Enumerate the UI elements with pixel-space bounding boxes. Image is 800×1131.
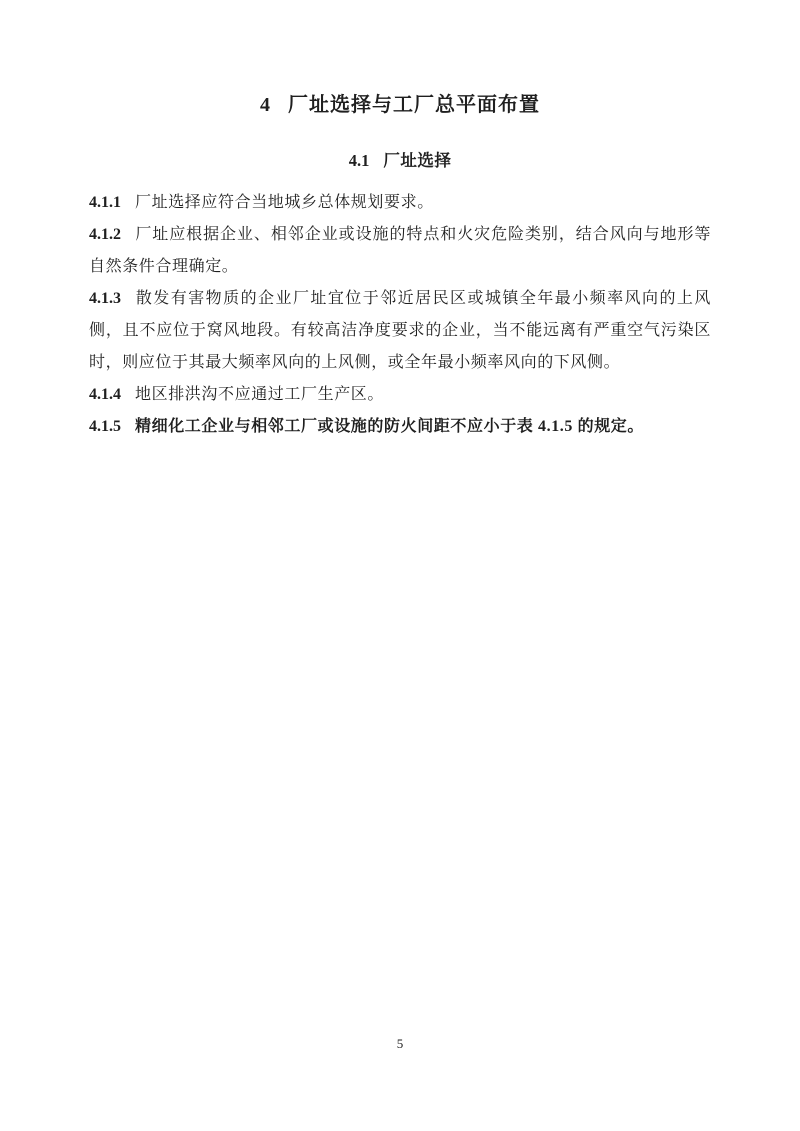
clause-number: 4.1.3: [89, 290, 121, 307]
clause-paragraph: 4.1.1厂址选择应符合当地城乡总体规划要求。: [89, 187, 711, 219]
page-number: 5: [397, 1036, 404, 1051]
clause-text: 厂址应根据企业、相邻企业或设施的特点和火灾危险类别，结合风向与地形等自然条件合理…: [89, 226, 711, 275]
clause-text: 地区排洪沟不应通过工厂生产区。: [135, 386, 384, 403]
clause-paragraph: 4.1.2厂址应根据企业、相邻企业或设施的特点和火灾危险类别，结合风向与地形等自…: [89, 219, 711, 283]
chapter-title-text: 厂址选择与工厂总平面布置: [288, 94, 540, 116]
clause-number: 4.1.4: [89, 386, 121, 403]
page-footer: 5: [0, 1036, 800, 1052]
chapter-number: 4: [260, 94, 270, 116]
section-title-text: 厂址选择: [383, 151, 451, 170]
chapter-title: 4厂址选择与工厂总平面布置: [89, 93, 711, 117]
section-title: 4.1厂址选择: [89, 151, 711, 171]
document-page: 4厂址选择与工厂总平面布置 4.1厂址选择 4.1.1厂址选择应符合当地城乡总体…: [0, 0, 800, 1131]
clause-text: 精细化工企业与相邻工厂或设施的防火间距不应小于表 4.1.5 的规定。: [135, 418, 644, 435]
clause-number: 4.1.2: [89, 226, 121, 243]
section-number: 4.1: [349, 151, 370, 170]
clause-paragraph: 4.1.3散发有害物质的企业厂址宜位于邻近居民区或城镇全年最小频率风向的上风侧，…: [89, 283, 711, 379]
clause-list: 4.1.1厂址选择应符合当地城乡总体规划要求。 4.1.2厂址应根据企业、相邻企…: [89, 187, 711, 443]
clause-text: 厂址选择应符合当地城乡总体规划要求。: [135, 194, 434, 211]
clause-number: 4.1.5: [89, 418, 121, 435]
clause-number: 4.1.1: [89, 194, 121, 211]
clause-paragraph: 4.1.5精细化工企业与相邻工厂或设施的防火间距不应小于表 4.1.5 的规定。: [89, 411, 711, 443]
clause-text: 散发有害物质的企业厂址宜位于邻近居民区或城镇全年最小频率风向的上风侧，且不应位于…: [89, 290, 711, 371]
clause-paragraph: 4.1.4地区排洪沟不应通过工厂生产区。: [89, 379, 711, 411]
